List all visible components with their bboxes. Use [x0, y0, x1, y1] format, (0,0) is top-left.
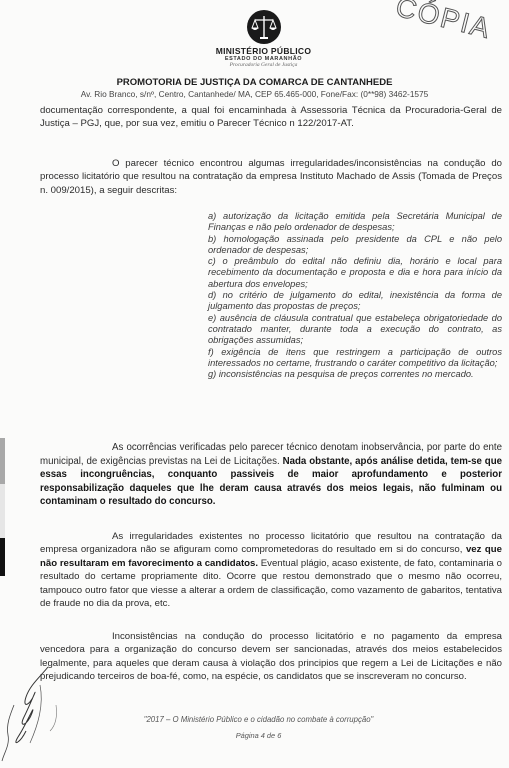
list-item: e) ausência de cláusula contratual que e…	[208, 313, 502, 347]
list-item: a) autorização da licitação emitida pela…	[208, 211, 502, 234]
list-item: b) homologação assinada pelo presidente …	[208, 234, 502, 257]
office-address: Av. Rio Branco, s/nº, Centro, Cantanhede…	[0, 89, 509, 99]
document-page: CÓPIA MINISTÉRIO PÚBLICO ESTADO DO MARAN…	[0, 0, 509, 768]
footer-motto: "2017 – O Ministério Público e o cidadão…	[4, 715, 509, 724]
org-subtitle: Procuradoria Geral de Justiça	[9, 62, 509, 68]
paragraph-text: Inconsistências na condução do processo …	[40, 631, 502, 682]
paragraph-inconsistencies: Inconsistências na condução do processo …	[40, 630, 502, 684]
paragraph-findings: O parecer técnico encontrou algumas irre…	[40, 157, 502, 197]
scan-edge-mark	[0, 538, 5, 576]
list-item: g) inconsistências na pesquisa de preços…	[208, 369, 502, 380]
irregularities-list: a) autorização da licitação emitida pela…	[208, 211, 502, 380]
scan-edge-mark	[0, 484, 5, 538]
list-item: d) no critério de julgamento do edital, …	[208, 290, 502, 313]
copy-stamp: CÓPIA	[393, 0, 495, 45]
scales-of-justice-icon	[247, 10, 281, 44]
paragraph-irregularities: As irregularidades existentes no process…	[40, 530, 502, 610]
org-name: MINISTÉRIO PÚBLICO	[9, 46, 509, 56]
list-item: f) exigência de itens que restringem a p…	[208, 347, 502, 370]
paragraph-findings-text: O parecer técnico encontrou algumas irre…	[40, 158, 502, 196]
paragraph-occurrences: As ocorrências verificadas pelo parecer …	[40, 441, 502, 509]
scan-edge-mark	[0, 438, 5, 484]
list-item: c) o preâmbulo do edital não definiu dia…	[208, 256, 502, 290]
page-number: Página 4 de 6	[4, 731, 509, 740]
paragraph-text: As irregularidades existentes no process…	[40, 531, 502, 555]
office-title: PROMOTORIA DE JUSTIÇA DA COMARCA DE CANT…	[0, 77, 509, 88]
paragraph-intro: documentação correspondente, a qual foi …	[40, 104, 502, 131]
